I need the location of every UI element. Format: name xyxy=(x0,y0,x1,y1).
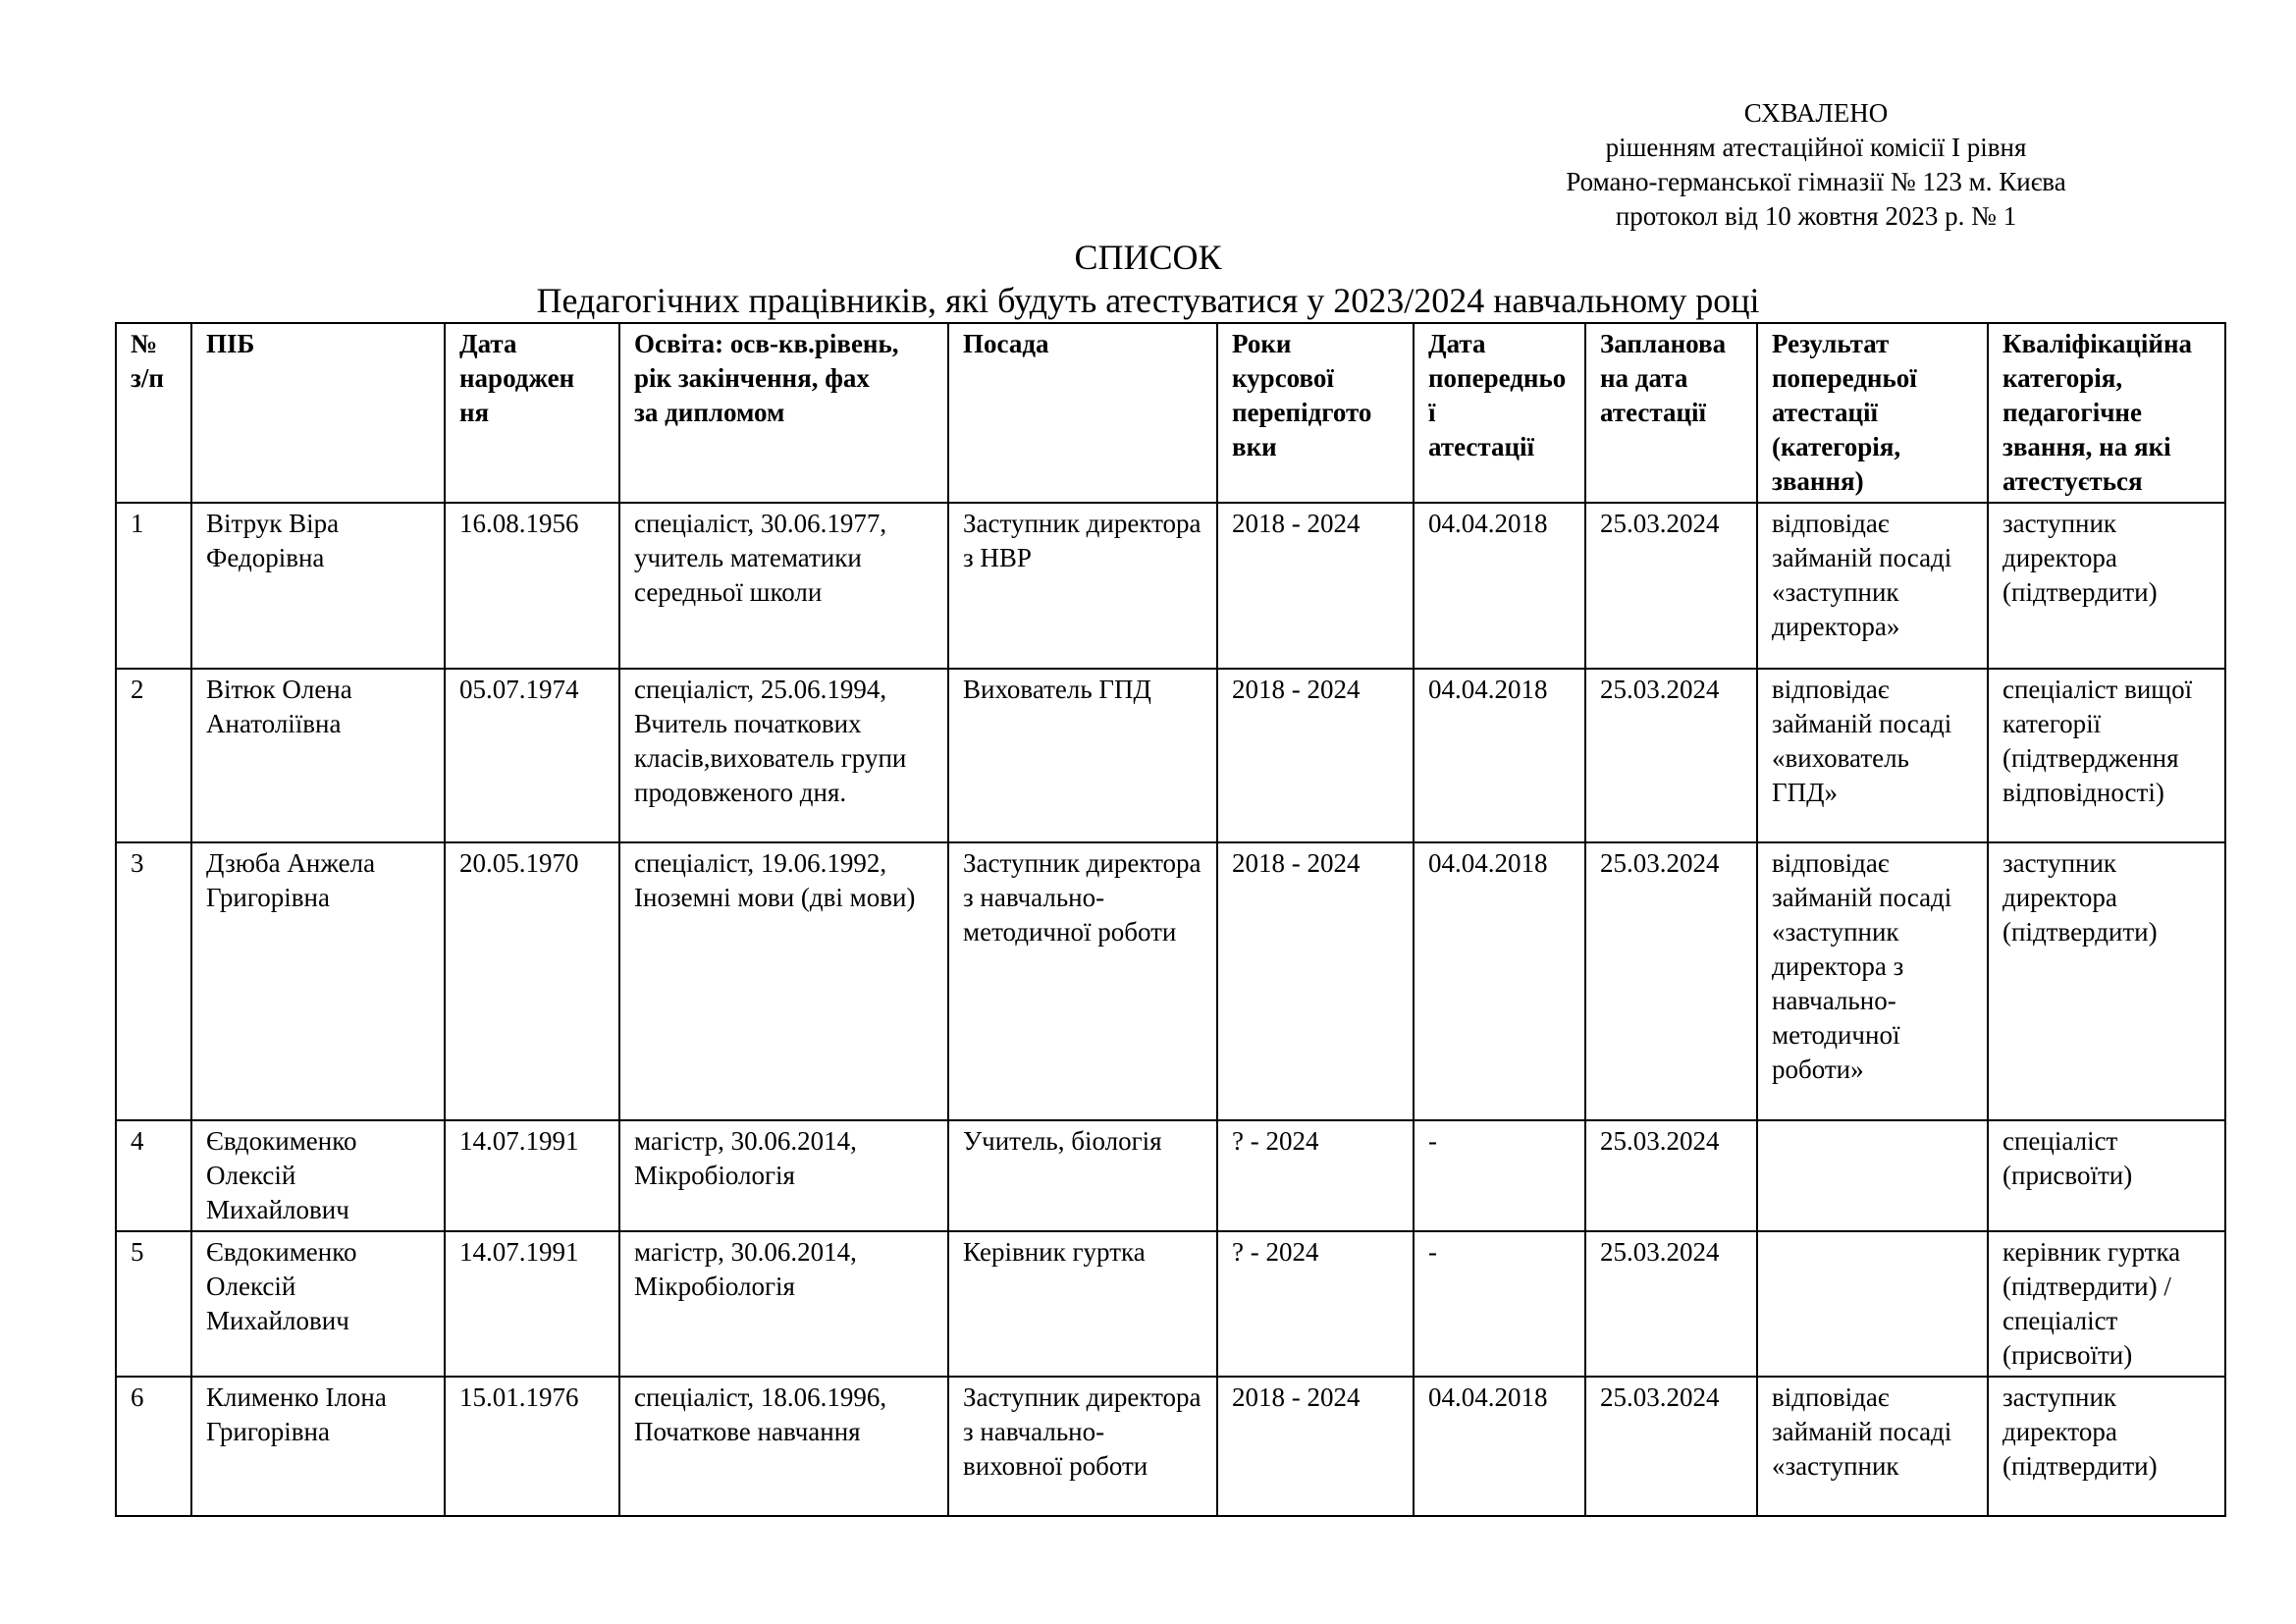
cell-name: Євдокименко Олексій Михайлович xyxy=(191,1120,445,1231)
document-title: СПИСОК xyxy=(0,236,2296,279)
cell-birth-date: 16.08.1956 xyxy=(445,503,619,669)
cell-number: 1 xyxy=(116,503,191,669)
cell-planned-date: 25.03.2024 xyxy=(1585,1231,1757,1377)
cell-birth-date: 15.01.1976 xyxy=(445,1377,619,1516)
cell-name: Клименко Ілона Григорівна xyxy=(191,1377,445,1516)
table-row: 3 Дзюба Анжела Григорівна 20.05.1970 спе… xyxy=(116,842,2225,1120)
cell-position: Керівник гуртка xyxy=(948,1231,1217,1377)
cell-name: Євдокименко Олексій Михайлович xyxy=(191,1231,445,1377)
cell-previous-date: 04.04.2018 xyxy=(1414,503,1585,669)
col-header-education: Освіта: осв-кв.рівень, рік закінчення, ф… xyxy=(619,323,948,503)
col-header-training-years: Роки курсової перепідгото вки xyxy=(1217,323,1414,503)
cell-planned-date: 25.03.2024 xyxy=(1585,842,1757,1120)
col-header-previous-result: Результат попередньої атестації (категор… xyxy=(1757,323,1988,503)
col-header-number: № з/п xyxy=(116,323,191,503)
table-row: 1 Вітрук Віра Федорівна 16.08.1956 спеці… xyxy=(116,503,2225,669)
cell-birth-date: 20.05.1970 xyxy=(445,842,619,1120)
cell-previous-result: відповідає займаній посаді «заступник ди… xyxy=(1757,842,1988,1120)
cell-education: спеціаліст, 25.06.1994, Вчитель початков… xyxy=(619,669,948,842)
cell-training-years: 2018 - 2024 xyxy=(1217,842,1414,1120)
cell-target-category: заступник директора (підтвердити) xyxy=(1988,1377,2225,1516)
cell-previous-result xyxy=(1757,1231,1988,1377)
cell-position: Заступник директора з навчально-методичн… xyxy=(948,842,1217,1120)
cell-previous-date: 04.04.2018 xyxy=(1414,842,1585,1120)
cell-number: 3 xyxy=(116,842,191,1120)
cell-previous-date: - xyxy=(1414,1231,1585,1377)
cell-target-category: заступник директора (підтвердити) xyxy=(1988,503,2225,669)
cell-previous-date: 04.04.2018 xyxy=(1414,669,1585,842)
cell-education: магістр, 30.06.2014, Мікробіологія xyxy=(619,1120,948,1231)
cell-training-years: 2018 - 2024 xyxy=(1217,669,1414,842)
cell-position: Вихователь ГПД xyxy=(948,669,1217,842)
cell-number: 2 xyxy=(116,669,191,842)
cell-target-category: спеціаліст вищої категорії (підтвердженн… xyxy=(1988,669,2225,842)
cell-number: 4 xyxy=(116,1120,191,1231)
col-header-birth-date: Дата народжен ня xyxy=(445,323,619,503)
cell-name: Дзюба Анжела Григорівна xyxy=(191,842,445,1120)
cell-education: спеціаліст, 18.06.1996, Початкове навчан… xyxy=(619,1377,948,1516)
cell-training-years: ? - 2024 xyxy=(1217,1120,1414,1231)
cell-target-category: спеціаліст (присвоїти) xyxy=(1988,1120,2225,1231)
col-header-previous-attestation-date: Дата попередньої атестації xyxy=(1414,323,1585,503)
cell-training-years: ? - 2024 xyxy=(1217,1231,1414,1377)
table-header-row: № з/п ПІБ Дата народжен ня Освіта: осв-к… xyxy=(116,323,2225,503)
cell-education: спеціаліст, 30.06.1977, учитель математи… xyxy=(619,503,948,669)
cell-planned-date: 25.03.2024 xyxy=(1585,1120,1757,1231)
col-header-position: Посада xyxy=(948,323,1217,503)
cell-position: Заступник директора з навчально-виховної… xyxy=(948,1377,1217,1516)
table-row: 5 Євдокименко Олексій Михайлович 14.07.1… xyxy=(116,1231,2225,1377)
table-row: 2 Вітюк Олена Анатоліївна 05.07.1974 спе… xyxy=(116,669,2225,842)
cell-name: Вітрук Віра Федорівна xyxy=(191,503,445,669)
cell-birth-date: 05.07.1974 xyxy=(445,669,619,842)
approval-line-1: рішенням атестаційної комісії І рівня xyxy=(1472,131,2160,165)
cell-education: спеціаліст, 19.06.1992, Іноземні мови (д… xyxy=(619,842,948,1120)
cell-planned-date: 25.03.2024 xyxy=(1585,669,1757,842)
cell-birth-date: 14.07.1991 xyxy=(445,1231,619,1377)
approval-line-3: протокол від 10 жовтня 2023 р. № 1 xyxy=(1472,199,2160,234)
staff-attestation-table: № з/п ПІБ Дата народжен ня Освіта: осв-к… xyxy=(115,322,2226,1517)
approval-heading: СХВАЛЕНО xyxy=(1472,96,2160,131)
cell-education: магістр, 30.06.2014, Мікробіологія xyxy=(619,1231,948,1377)
cell-position: Учитель, біологія xyxy=(948,1120,1217,1231)
cell-position: Заступник директора з НВР xyxy=(948,503,1217,669)
col-header-target-category: Кваліфікаційна категорія, педагогічне зв… xyxy=(1988,323,2225,503)
approval-stamp: СХВАЛЕНО рішенням атестаційної комісії І… xyxy=(1472,96,2160,234)
cell-training-years: 2018 - 2024 xyxy=(1217,1377,1414,1516)
cell-target-category: заступник директора (підтвердити) xyxy=(1988,842,2225,1120)
cell-number: 5 xyxy=(116,1231,191,1377)
cell-target-category: керівник гуртка (підтвердити) / спеціалі… xyxy=(1988,1231,2225,1377)
document-subtitle: Педагогічних працівників, які будуть ате… xyxy=(0,279,2296,322)
cell-planned-date: 25.03.2024 xyxy=(1585,1377,1757,1516)
cell-number: 6 xyxy=(116,1377,191,1516)
cell-previous-result: відповідає займаній посаді «заступник xyxy=(1757,1377,1988,1516)
table-row: 4 Євдокименко Олексій Михайлович 14.07.1… xyxy=(116,1120,2225,1231)
table-row: 6 Клименко Ілона Григорівна 15.01.1976 с… xyxy=(116,1377,2225,1516)
cell-name: Вітюк Олена Анатоліївна xyxy=(191,669,445,842)
cell-previous-date: 04.04.2018 xyxy=(1414,1377,1585,1516)
cell-birth-date: 14.07.1991 xyxy=(445,1120,619,1231)
cell-previous-result: відповідає займаній посаді «вихователь Г… xyxy=(1757,669,1988,842)
col-header-planned-attestation-date: Запланова на дата атестації xyxy=(1585,323,1757,503)
col-header-name: ПІБ xyxy=(191,323,445,503)
cell-previous-date: - xyxy=(1414,1120,1585,1231)
approval-line-2: Романо-германської гімназії № 123 м. Киє… xyxy=(1472,165,2160,199)
cell-planned-date: 25.03.2024 xyxy=(1585,503,1757,669)
cell-previous-result xyxy=(1757,1120,1988,1231)
cell-training-years: 2018 - 2024 xyxy=(1217,503,1414,669)
cell-previous-result: відповідає займаній посаді «заступник ди… xyxy=(1757,503,1988,669)
